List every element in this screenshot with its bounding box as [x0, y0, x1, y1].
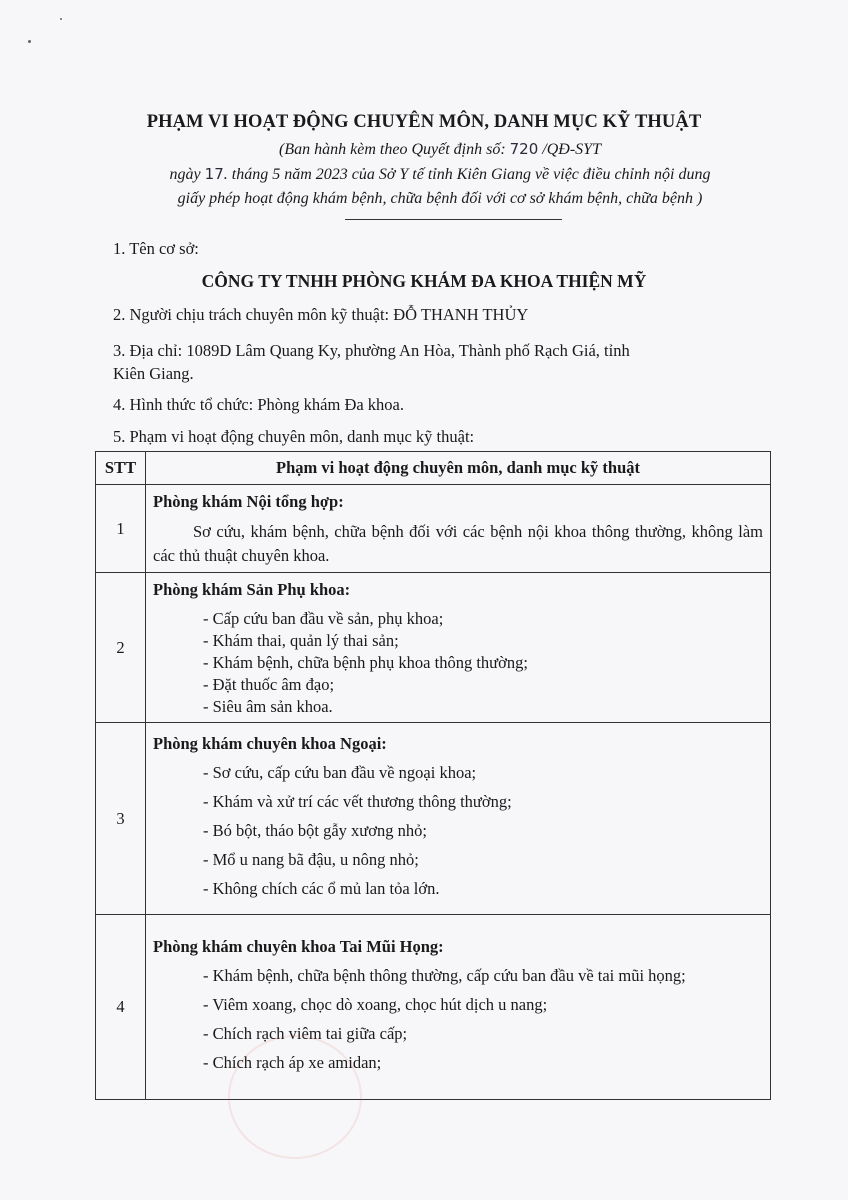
scope-table: STT Phạm vi hoạt động chuyên môn, danh m…	[95, 451, 771, 1100]
divider-rule	[345, 219, 562, 220]
row-content: Phòng khám Nội tổng hợp: Sơ cứu, khám bệ…	[146, 485, 771, 573]
row-stt: 2	[96, 573, 146, 723]
list-item: - Đặt thuốc âm đạo;	[153, 674, 763, 696]
list-item: - Viêm xoang, chọc dò xoang, chọc hút dị…	[153, 993, 763, 1017]
list-item: - Khám bệnh, chữa bệnh phụ khoa thông th…	[153, 652, 763, 674]
section-3-address-line2: Kiên Giang.	[113, 363, 194, 385]
row-stt: 1	[96, 485, 146, 573]
header-stt: STT	[96, 452, 146, 485]
scan-speck	[60, 18, 62, 20]
decision-number: 720	[510, 140, 539, 158]
document-title: PHẠM VI HOẠT ĐỘNG CHUYÊN MÔN, DANH MỤC K…	[0, 112, 848, 133]
row-stt: 4	[96, 915, 146, 1100]
row-stt: 3	[96, 723, 146, 915]
list-item: - Cấp cứu ban đầu về sản, phụ khoa;	[153, 608, 763, 630]
document-subtitle: (Ban hành kèm theo Quyết định số: 720 /Q…	[100, 137, 780, 211]
list-item: - Không chích các ổ mủ lan tỏa lớn.	[153, 877, 763, 901]
subtitle-suffix: /QĐ-SYT	[538, 141, 601, 158]
company-name: CÔNG TY TNHH PHÒNG KHÁM ĐA KHOA THIỆN MỸ	[0, 271, 848, 292]
date-prefix: ngày	[170, 166, 205, 183]
list-item: - Khám và xử trí các vết thương thông th…	[153, 790, 763, 814]
table-row: 2 Phòng khám Sản Phụ khoa: - Cấp cứu ban…	[96, 573, 771, 723]
list-item: - Siêu âm sản khoa.	[153, 696, 763, 718]
row-category: Phòng khám Sản Phụ khoa:	[153, 578, 763, 602]
table-row: 1 Phòng khám Nội tổng hợp: Sơ cứu, khám …	[96, 485, 771, 573]
list-item: - Khám bệnh, chữa bệnh thông thường, cấp…	[153, 964, 763, 988]
header-scope: Phạm vi hoạt động chuyên môn, danh mục k…	[146, 452, 771, 485]
table-row: 4 Phòng khám chuyên khoa Tai Mũi Họng: -…	[96, 915, 771, 1100]
subtitle-line3: giấy phép hoạt động khám bệnh, chữa bệnh…	[100, 187, 780, 211]
row-paragraph: Sơ cứu, khám bệnh, chữa bệnh đối với các…	[153, 520, 763, 568]
subtitle-prefix: (Ban hành kèm theo Quyết định số:	[279, 141, 510, 158]
list-item: - Bó bột, tháo bột gẫy xương nhỏ;	[153, 819, 763, 843]
table-row: 3 Phòng khám chuyên khoa Ngoại: - Sơ cứu…	[96, 723, 771, 915]
row-category: Phòng khám chuyên khoa Ngoại:	[153, 732, 763, 756]
list-item: - Khám thai, quản lý thai sản;	[153, 630, 763, 652]
document-page: PHẠM VI HOẠT ĐỘNG CHUYÊN MÔN, DANH MỤC K…	[0, 0, 848, 1200]
section-2-responsible-person: 2. Người chịu trách chuyên môn kỹ thuật:…	[113, 304, 528, 326]
row-content: Phòng khám Sản Phụ khoa: - Cấp cứu ban đ…	[146, 573, 771, 723]
row-content: Phòng khám chuyên khoa Ngoại: - Sơ cứu, …	[146, 723, 771, 915]
list-item: - Sơ cứu, cấp cứu ban đầu về ngoại khoa;	[153, 761, 763, 785]
row-category: Phòng khám Nội tổng hợp:	[153, 490, 763, 514]
faint-stamp-mark	[228, 1035, 362, 1159]
section-4-organization-form: 4. Hình thức tổ chức: Phòng khám Đa khoa…	[113, 394, 404, 416]
list-item: - Chích rạch viêm tai giữa cấp;	[153, 1022, 763, 1046]
scan-speck	[28, 40, 31, 43]
date-suffix: . tháng 5 năm 2023 của Sở Y tế tỉnh Kiên…	[224, 166, 711, 183]
list-item: - Mổ u nang bã đậu, u nông nhỏ;	[153, 848, 763, 872]
decision-day: 17	[205, 165, 224, 183]
section-1-label: 1. Tên cơ sở:	[113, 238, 199, 260]
row-category: Phòng khám chuyên khoa Tai Mũi Họng:	[153, 935, 763, 959]
section-5-scope-label: 5. Phạm vi hoạt động chuyên môn, danh mụ…	[113, 426, 474, 448]
table-header-row: STT Phạm vi hoạt động chuyên môn, danh m…	[96, 452, 771, 485]
section-3-address-line1: 3. Địa chỉ: 1089D Lâm Quang Ky, phường A…	[113, 340, 630, 362]
